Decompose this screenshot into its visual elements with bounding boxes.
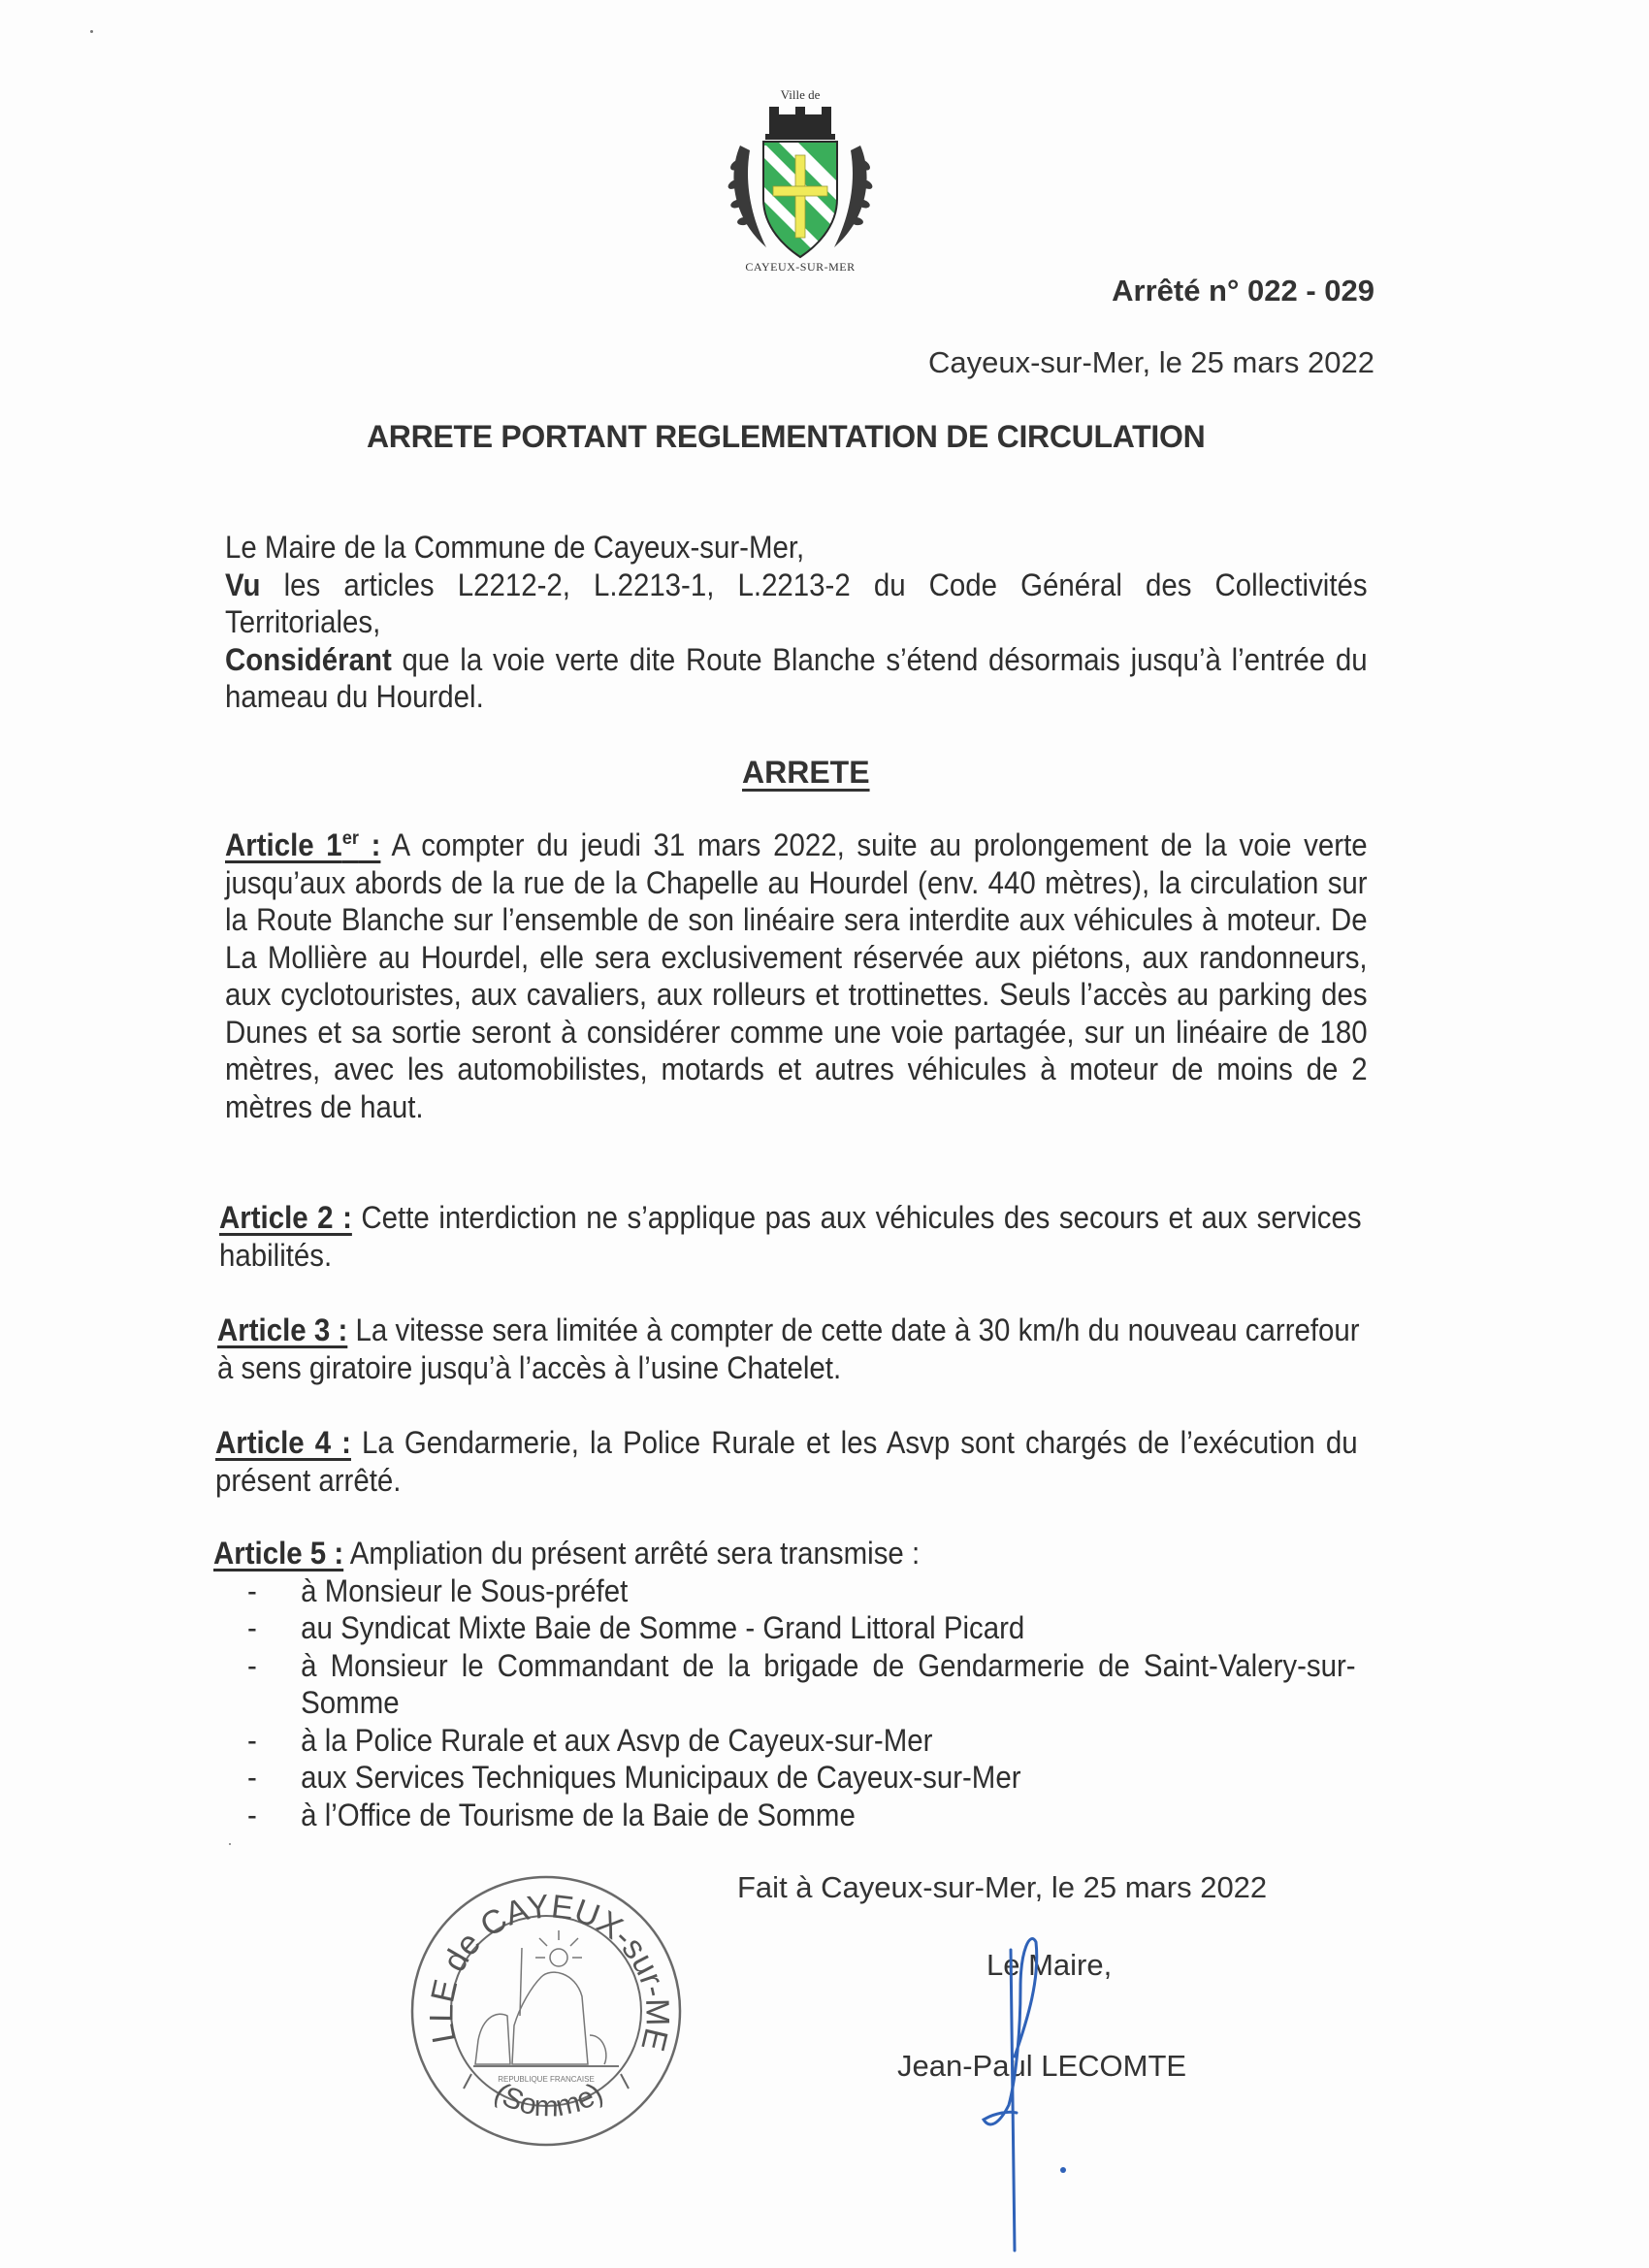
article-4-label: Article 4 :	[215, 1425, 351, 1460]
preamble-considerant: Considérant que la voie verte dite Route…	[225, 641, 1368, 716]
crest-top-text: Ville de	[698, 87, 902, 103]
preamble: Le Maire de la Commune de Cayeux-sur-Mer…	[225, 529, 1368, 716]
stamp-inner-text: REPUBLIQUE FRANCAISE	[498, 2075, 595, 2084]
place-date: Cayeux-sur-Mer, le 25 mars 2022	[928, 345, 1374, 380]
town-seal-icon: VILLE de CAYEUX-sur-MER (Somme) REPUBLIQ…	[405, 1870, 687, 2152]
recipient-item: -au Syndicat Mixte Baie de Somme - Grand…	[213, 1609, 1356, 1647]
document-page: Ville de	[0, 0, 1649, 2268]
handwritten-signature-icon	[970, 1930, 1125, 2260]
considerant-label: Considérant	[225, 642, 392, 677]
recipient-list: -à Monsieur le Sous-préfet -au Syndicat …	[213, 1572, 1356, 1834]
vu-text: les articles L2212-2, L.2213-1, L.2213-2…	[225, 567, 1368, 640]
svg-text:(Somme): (Somme)	[489, 2077, 609, 2123]
scan-speck	[229, 1843, 231, 1845]
crest-bottom-text: CAYEUX-SUR-MER	[698, 260, 902, 275]
article-5-text: Ampliation du présent arrêté sera transm…	[343, 1536, 920, 1571]
stamp-text-bottom: (Somme)	[489, 2077, 609, 2123]
vu-label: Vu	[225, 567, 261, 602]
article-4-text: La Gendarmerie, la Police Rurale et les …	[215, 1425, 1358, 1498]
recipient-item: -à l’Office de Tourisme de la Baie de So…	[213, 1797, 1356, 1834]
svg-text:VILLE de CAYEUX-sur-MER: VILLE de CAYEUX-sur-MER	[405, 1870, 676, 2055]
municipal-crest: Ville de	[698, 68, 902, 272]
recipient-item: -à la Police Rurale et aux Asvp de Cayeu…	[213, 1722, 1356, 1760]
recipient-item: -à Monsieur le Commandant de la brigade …	[213, 1647, 1356, 1722]
article-1: Article 1er : A compter du jeudi 31 mars…	[225, 826, 1368, 1125]
considerant-text: que la voie verte dite Route Blanche s’é…	[225, 642, 1368, 715]
article-1-text: A compter du jeudi 31 mars 2022, suite a…	[225, 827, 1368, 1124]
article-2-label: Article 2 :	[219, 1200, 352, 1235]
decree-title: ARRETE PORTANT REGLEMENTATION DE CIRCULA…	[367, 419, 1205, 455]
preamble-vu: Vu les articles L2212-2, L.2213-1, L.221…	[225, 567, 1368, 641]
article-4: Article 4 : La Gendarmerie, la Police Ru…	[215, 1424, 1358, 1499]
stamp-text-top: VILLE de CAYEUX-sur-MER	[405, 1870, 676, 2055]
official-stamp: VILLE de CAYEUX-sur-MER (Somme) REPUBLIQ…	[405, 1870, 687, 2152]
preamble-line-mayor: Le Maire de la Commune de Cayeux-sur-Mer…	[225, 529, 1368, 567]
article-5: Article 5 : Ampliation du présent arrêté…	[213, 1535, 1356, 1833]
section-heading-arrete: ARRETE	[742, 755, 870, 791]
article-1-label: Article 1er :	[225, 827, 380, 862]
coat-of-arms-icon	[723, 107, 878, 262]
scan-speck	[90, 30, 93, 33]
recipient-item: -aux Services Techniques Municipaux de C…	[213, 1759, 1356, 1797]
article-5-label: Article 5 :	[213, 1536, 343, 1571]
decree-reference: Arrêté n° 022 - 029	[1112, 274, 1374, 308]
article-3-text: La vitesse sera limitée à compter de cet…	[217, 1312, 1360, 1385]
article-2: Article 2 : Cette interdiction ne s’appl…	[219, 1199, 1362, 1274]
article-3: Article 3 : La vitesse sera limitée à co…	[217, 1312, 1360, 1386]
done-at-line: Fait à Cayeux-sur-Mer, le 25 mars 2022	[737, 1870, 1267, 1905]
recipient-item: -à Monsieur le Sous-préfet	[213, 1572, 1356, 1610]
article-2-text: Cette interdiction ne s’applique pas aux…	[219, 1200, 1362, 1273]
article-3-label: Article 3 :	[217, 1312, 347, 1347]
